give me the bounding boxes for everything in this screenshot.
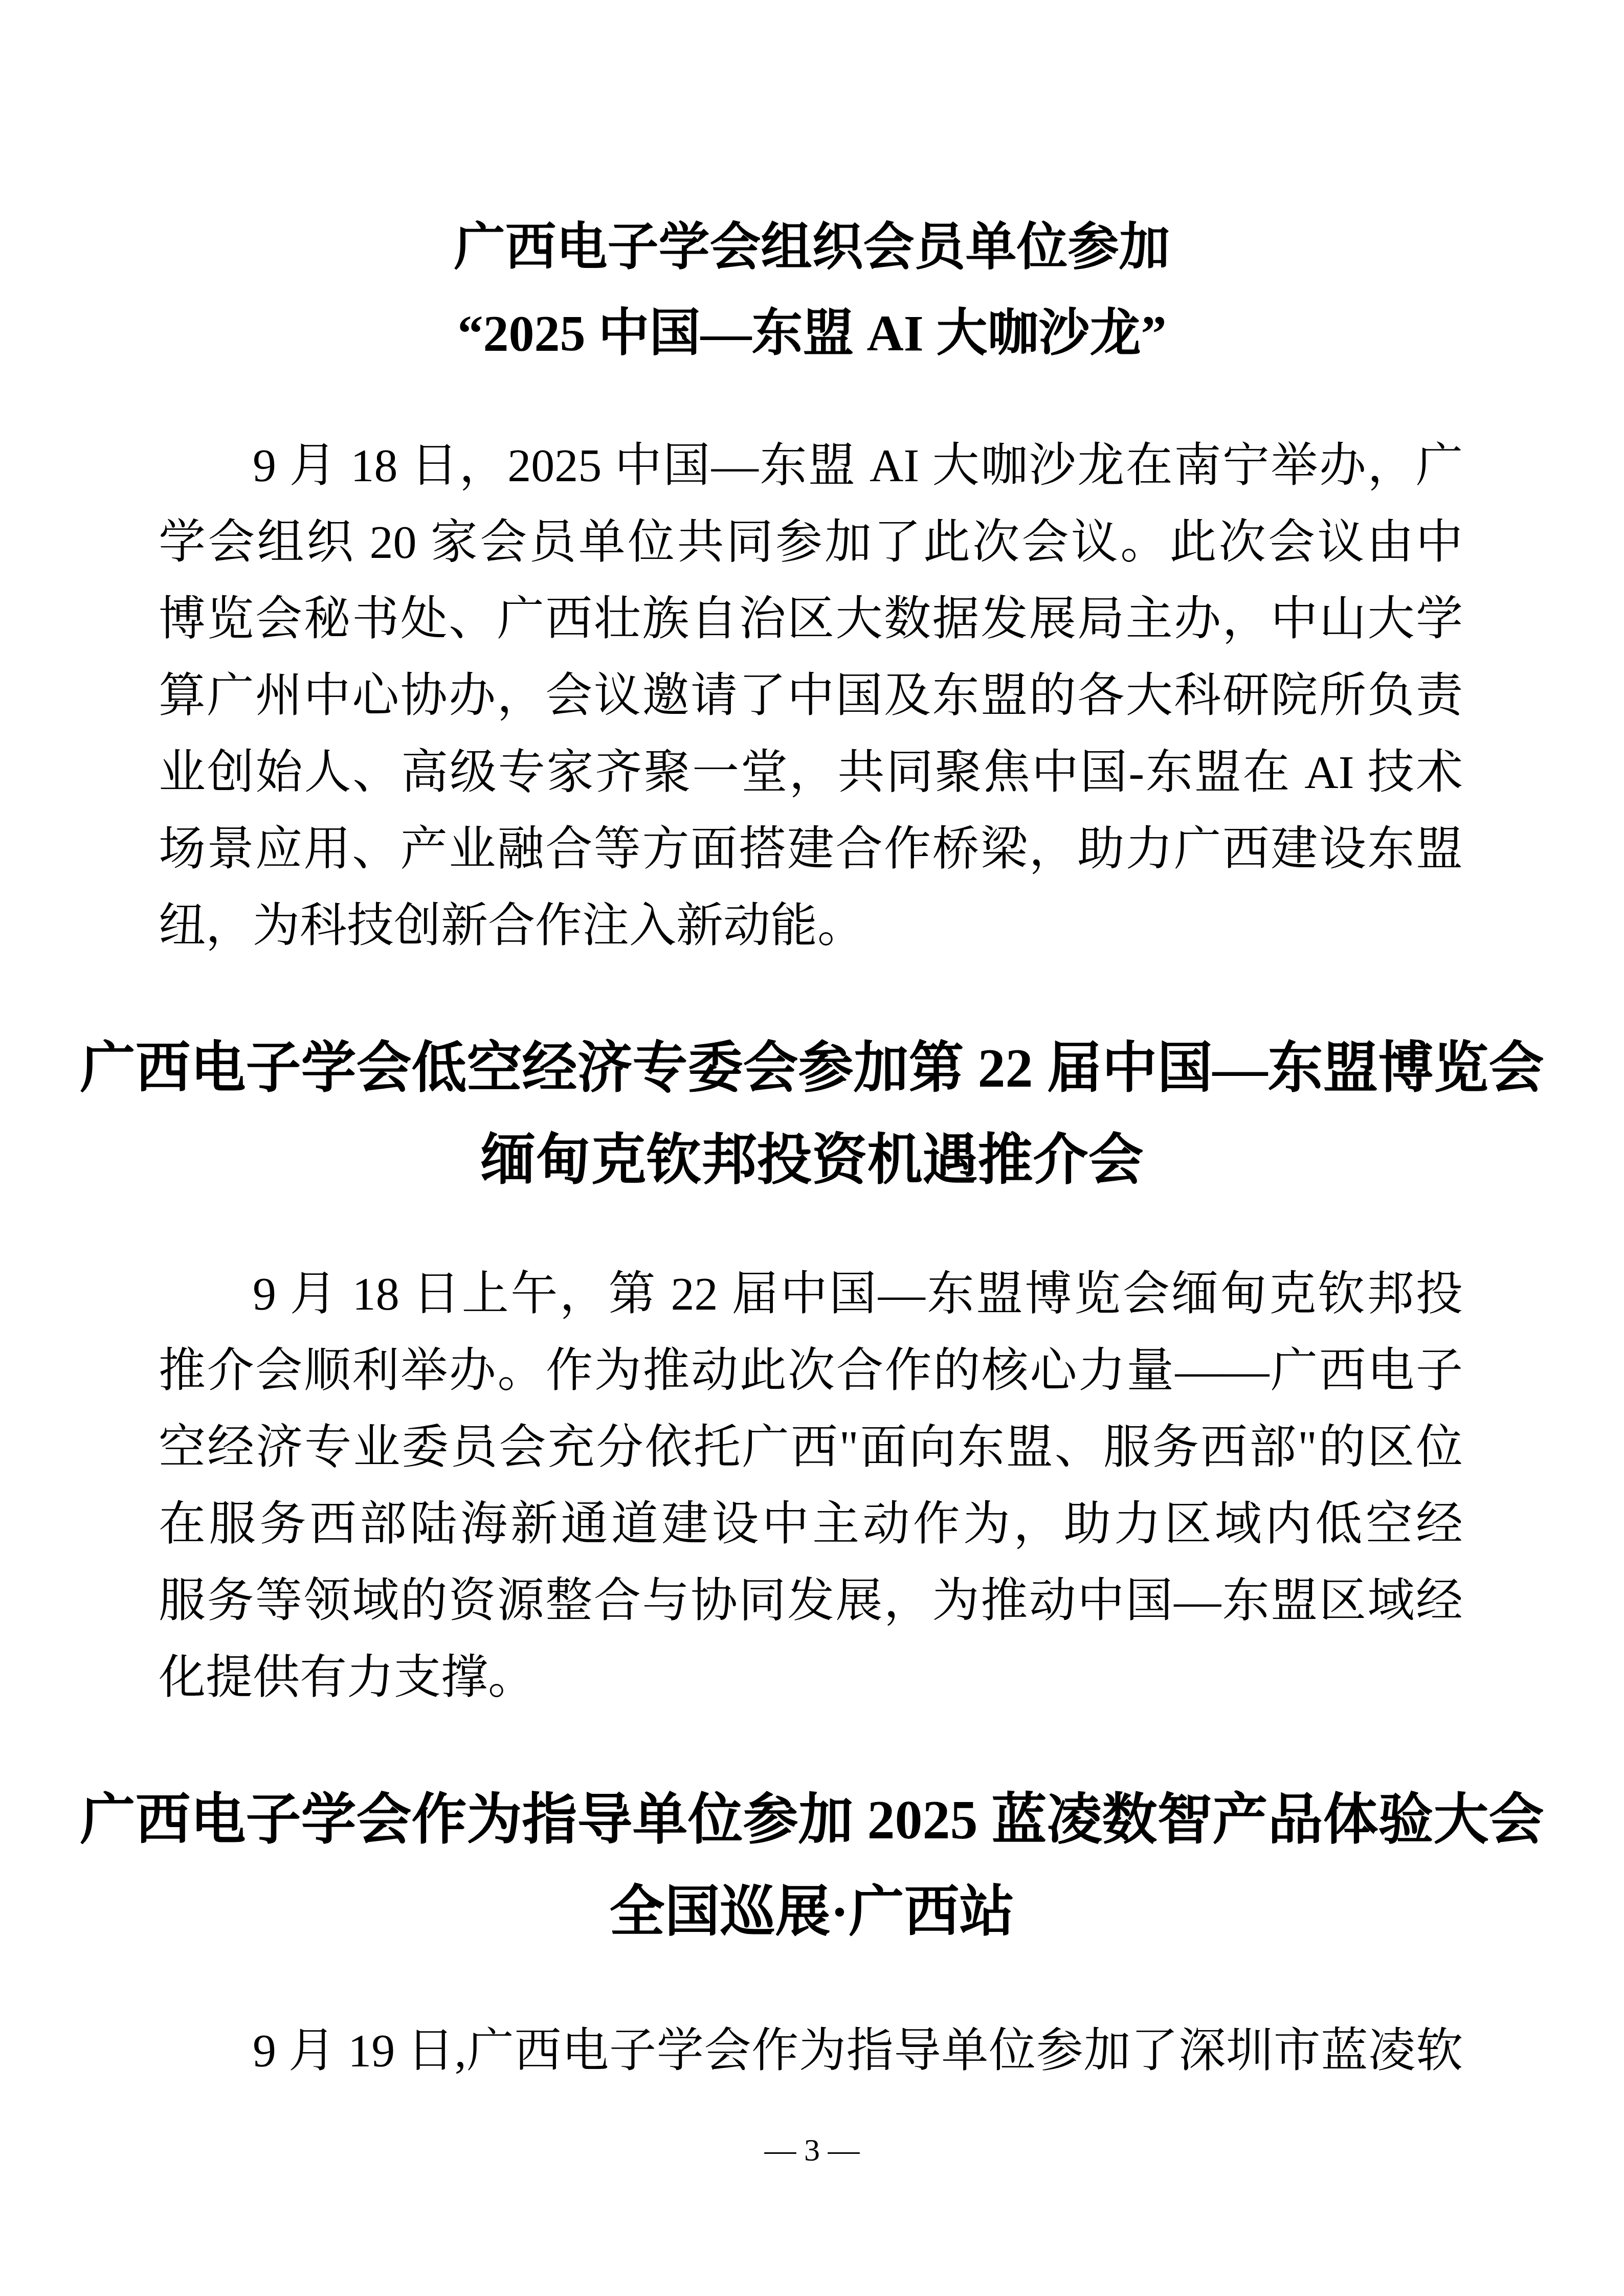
article-2-paragraph: 9 月 18 日上午，第 22 届中国—东盟博览会缅甸克钦邦投资机遇 推介会顺利… (159, 1255, 1463, 1716)
paragraph-line: 纽，为科技创新合作注入新动能。 (159, 887, 1463, 964)
paragraph-line: 学会组织 20 家会员单位共同参加了此次会议。此次会议由中国-东盟 (159, 504, 1463, 580)
article-1-title: 广西电子学会组织会员单位参加 “2025 中国—东盟 AI 大咖沙龙” (0, 205, 1624, 376)
paragraph-line: 9 月 18 日上午，第 22 届中国—东盟博览会缅甸克钦邦投资机遇 (159, 1255, 1463, 1332)
paragraph-line: 在服务西部陆海新通道建设中主动作为，助力区域内低空经济、科技 (159, 1485, 1463, 1562)
paragraph-line: 博览会秘书处、广西壮族自治区大数据发展局主办，中山大学国家超 (159, 580, 1463, 657)
paragraph-line: 9 月 19 日,广西电子学会作为指导单位参加了深圳市蓝凌软件股 (159, 2012, 1463, 2089)
paragraph-line: 空经济专业委员会充分依托广西"面向东盟、服务西部"的区位优势， (159, 1409, 1463, 1485)
paragraph-line: 9 月 18 日，2025 中国—东盟 AI 大咖沙龙在南宁举办，广西电子 (159, 427, 1463, 504)
article-3-title: 广西电子学会作为指导单位参加 2025 蓝凌数智产品体验大会 全国巡展·广西站 (0, 1774, 1624, 1959)
article-1-title-line-1: 广西电子学会组织会员单位参加 (0, 205, 1624, 290)
paragraph-line: 服务等领域的资源整合与协同发展，为推动中国—东盟区域经济一体 (159, 1562, 1463, 1639)
article-2-title-line-2: 缅甸克钦邦投资机遇推介会 (0, 1115, 1624, 1207)
paragraph-line: 推介会顺利举办。作为推动此次合作的核心力量——广西电子学会低 (159, 1332, 1463, 1409)
paragraph-line: 场景应用、产业融合等方面搭建合作桥梁，助力广西建设东盟 AI 枢 (159, 811, 1463, 887)
article-3-paragraph: 9 月 19 日,广西电子学会作为指导单位参加了深圳市蓝凌软件股 (159, 2012, 1463, 2089)
article-3-title-line-1: 广西电子学会作为指导单位参加 2025 蓝凌数智产品体验大会 (0, 1774, 1624, 1866)
page-number: — 3 — (0, 2132, 1624, 2168)
article-3-title-line-2: 全国巡展·广西站 (0, 1866, 1624, 1959)
paragraph-line: 化提供有力支撑。 (159, 1639, 1463, 1716)
article-2-title-line-1: 广西电子学会低空经济专委会参加第 22 届中国—东盟博览会 (0, 1023, 1624, 1115)
document-page: 广西电子学会组织会员单位参加 “2025 中国—东盟 AI 大咖沙龙” 9 月 … (0, 0, 1624, 2296)
paragraph-line: 业创始人、高级专家齐聚一堂，共同聚焦中国-东盟在 AI 技术研发、 (159, 734, 1463, 811)
article-1-title-line-2: “2025 中国—东盟 AI 大咖沙龙” (0, 290, 1624, 376)
article-2-title: 广西电子学会低空经济专委会参加第 22 届中国—东盟博览会 缅甸克钦邦投资机遇推… (0, 1023, 1624, 1207)
paragraph-line: 算广州中心协办，会议邀请了中国及东盟的各大科研院所负责人、企 (159, 657, 1463, 734)
article-1-paragraph: 9 月 18 日，2025 中国—东盟 AI 大咖沙龙在南宁举办，广西电子 学会… (159, 427, 1463, 964)
